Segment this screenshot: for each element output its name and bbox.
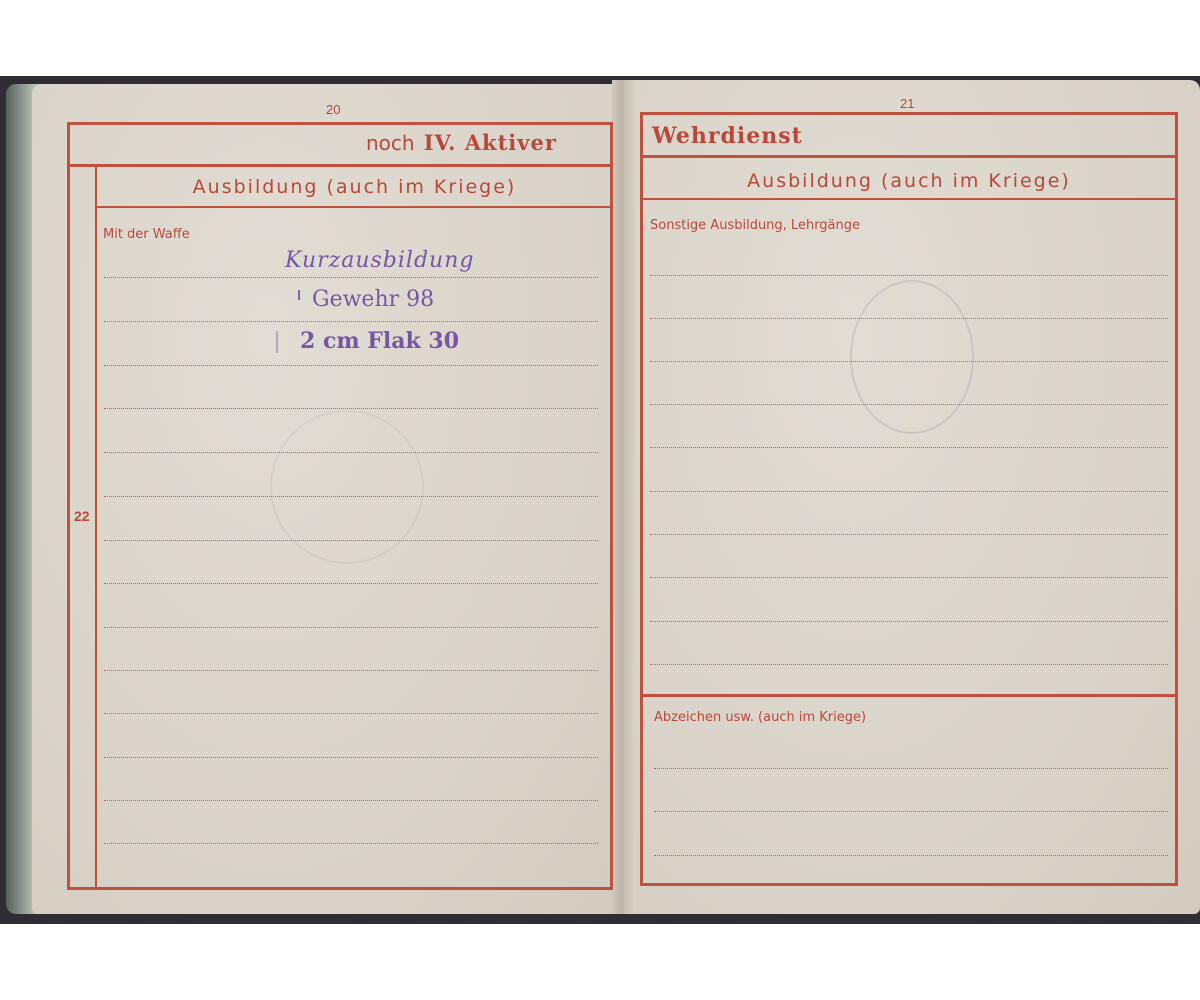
right-page-header-title: Wehrdienst (652, 123, 803, 149)
entry-line (654, 811, 1168, 812)
entry-line (104, 277, 598, 278)
entry-line (650, 664, 1168, 665)
row-number: 22 (74, 508, 90, 524)
right-subsection-divider (640, 694, 1178, 697)
field-label-mit-der-waffe: Mit der Waffe (103, 227, 190, 242)
entry-line (104, 757, 598, 758)
entry-line (104, 365, 598, 366)
right-page-number: 21 (900, 96, 914, 111)
entry-line (104, 670, 598, 671)
entry-line (104, 408, 598, 409)
stamp-bracket-mark (276, 331, 278, 353)
field-label-abzeichen: Abzeichen usw. (auch im Kriege) (654, 710, 866, 725)
left-page-header: noch IV. Aktiver (366, 130, 557, 155)
right-section-divider (640, 198, 1178, 200)
entry-line (650, 491, 1168, 492)
entry-line (650, 577, 1168, 578)
stamp-bracket-mark (298, 290, 300, 300)
entry-line (104, 713, 598, 714)
stamp-entry-kurzausbildung: Kurzausbildung (285, 248, 474, 273)
entry-line (650, 361, 1168, 362)
entry-line (104, 800, 598, 801)
entry-line (104, 321, 598, 322)
entry-line (650, 534, 1168, 535)
entry-line (104, 452, 598, 453)
entry-line (650, 318, 1168, 319)
left-row-number-column-divider (95, 164, 97, 888)
left-header-divider (67, 164, 613, 167)
entry-line (104, 540, 598, 541)
entry-line (104, 843, 598, 844)
field-label-sonstige-ausbildung: Sonstige Ausbildung, Lehrgänge (650, 218, 860, 233)
left-section-divider (96, 206, 613, 208)
stamp-entry-gewehr-98: Gewehr 98 (312, 287, 434, 312)
entry-line (104, 583, 598, 584)
entry-line (650, 621, 1168, 622)
header-prefix: noch (366, 131, 415, 155)
entry-line (650, 275, 1168, 276)
entry-line (650, 447, 1168, 448)
left-section-heading: Ausbildung (auch im Kriege) (96, 176, 613, 198)
entry-line (650, 404, 1168, 405)
entry-line (654, 768, 1168, 769)
entry-line (104, 496, 598, 497)
left-page-number: 20 (326, 102, 340, 117)
right-header-divider (640, 155, 1178, 158)
stamp-entry-2cm-flak-30: 2 cm Flak 30 (300, 328, 459, 354)
entry-line (654, 855, 1168, 856)
entry-line (104, 627, 598, 628)
faded-stamp-impression (850, 280, 974, 434)
right-section-heading: Ausbildung (auch im Kriege) (643, 170, 1175, 192)
header-title: IV. Aktiver (424, 130, 557, 155)
book-gutter (612, 80, 636, 914)
